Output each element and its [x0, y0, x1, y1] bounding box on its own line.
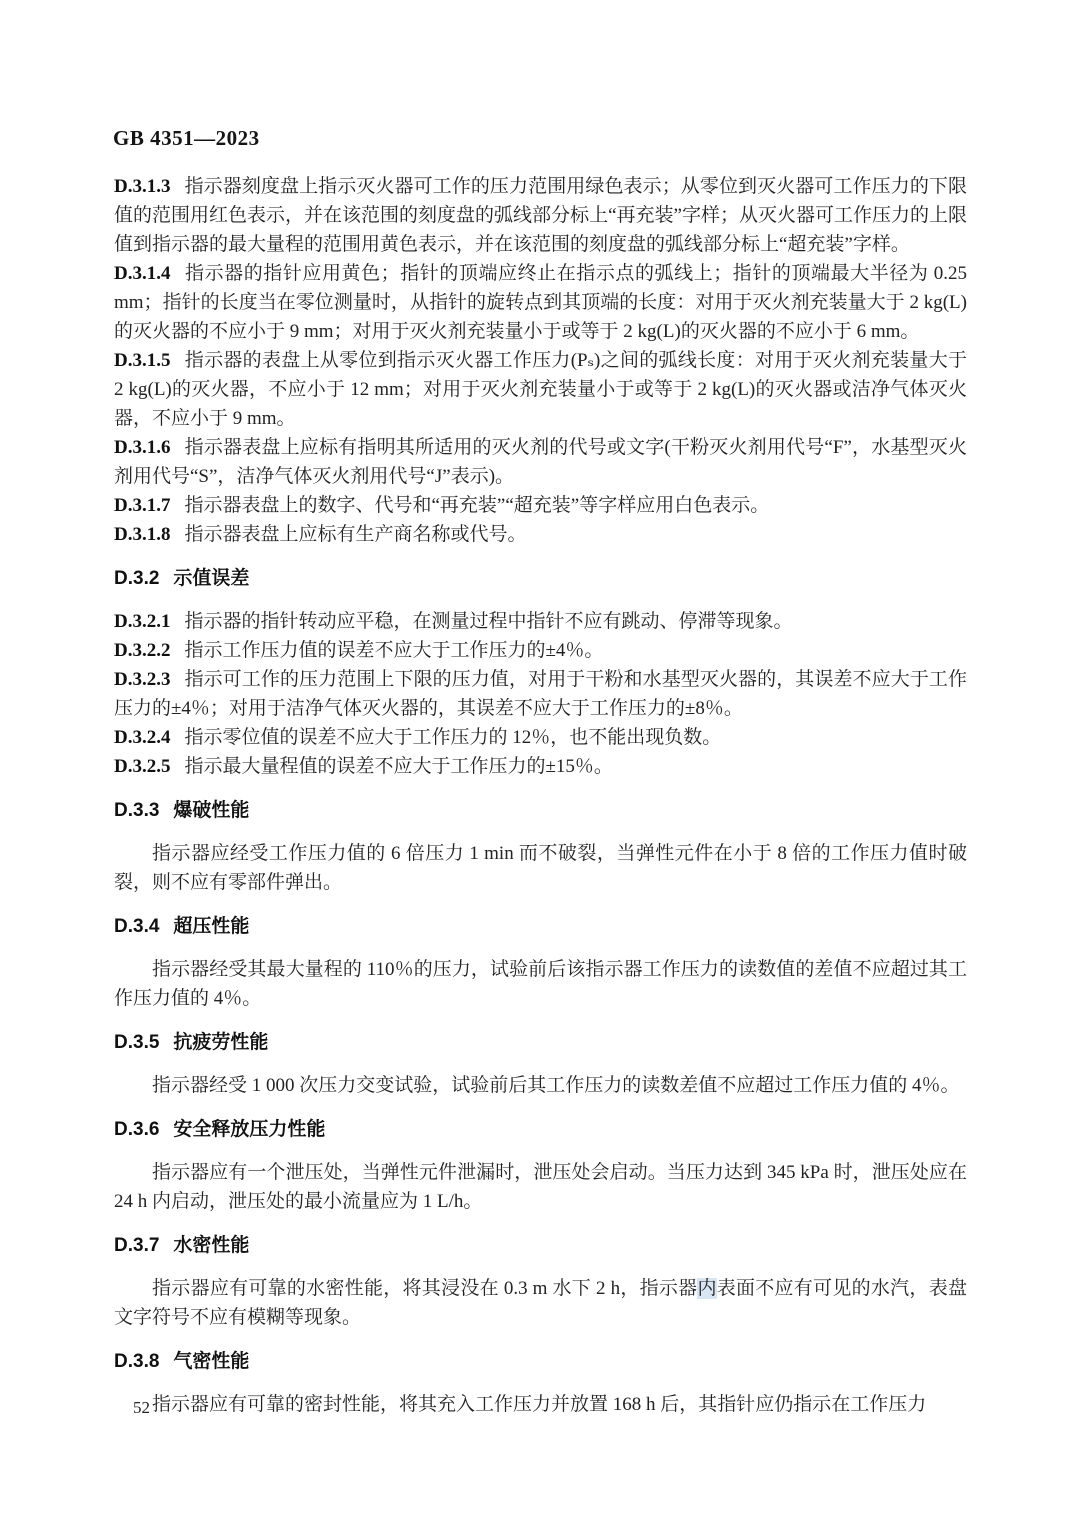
document-body: D.3.1.3指示器刻度盘上指示灭火器可工作的压力范围用绿色表示；从零位到灭火器…	[114, 172, 967, 1419]
standard-number-header: GB 4351—2023	[113, 126, 260, 151]
section-title: 示值误差	[173, 568, 249, 589]
paragraph-d37: 指示器应有可靠的水密性能，将其浸没在 0.3 m 水下 2 h，指示器内表面不应…	[114, 1274, 967, 1332]
section-heading-d38: D.3.8气密性能	[114, 1347, 967, 1376]
section-number: D.3.5	[114, 1032, 159, 1053]
paragraph-d36: 指示器应有一个泄压处，当弹性元件泄漏时，泄压处会启动。当压力达到 345 kPa…	[114, 1158, 967, 1216]
clause-number: D.3.2.3	[114, 669, 170, 690]
clause-d315: D.3.1.5指示器的表盘上从零位到指示灭火器工作压力(Pₛ)之间的弧线长度：对…	[114, 346, 967, 433]
clause-d321: D.3.2.1指示器的指针转动应平稳，在测量过程中指针不应有跳动、停滞等现象。	[114, 607, 967, 636]
paragraph-d38: 指示器应有可靠的密封性能，将其充入工作压力并放置 168 h 后，其指针应仍指示…	[114, 1390, 967, 1419]
clause-text: 指示最大量程值的误差不应大于工作压力的±15％。	[184, 756, 612, 777]
section-title: 气密性能	[173, 1351, 249, 1372]
section-number: D.3.7	[114, 1235, 159, 1256]
section-heading-d37: D.3.7水密性能	[114, 1231, 967, 1260]
clause-d316: D.3.1.6指示器表盘上应标有指明其所适用的灭火剂的代号或文字(干粉灭火剂用代…	[114, 433, 967, 491]
clause-number: D.3.1.6	[114, 437, 170, 458]
page-number: 52	[133, 1398, 150, 1418]
clause-text: 指示器的指针应用黄色；指针的顶端应终止在指示点的弧线上；指针的顶端最大半径为 0…	[114, 263, 967, 342]
section-number: D.3.4	[114, 916, 159, 937]
clause-d317: D.3.1.7指示器表盘上的数字、代号和“再充装”“超充装”等字样应用白色表示。	[114, 491, 967, 520]
clause-number: D.3.1.3	[114, 176, 170, 197]
document-page: GB 4351—2023 D.3.1.3指示器刻度盘上指示灭火器可工作的压力范围…	[0, 0, 1080, 1528]
section-heading-d35: D.3.5抗疲劳性能	[114, 1028, 967, 1057]
section-number: D.3.6	[114, 1119, 159, 1140]
clause-number: D.3.2.2	[114, 640, 170, 661]
section-number: D.3.2	[114, 568, 159, 589]
clause-d314: D.3.1.4指示器的指针应用黄色；指针的顶端应终止在指示点的弧线上；指针的顶端…	[114, 259, 967, 346]
clause-d313: D.3.1.3指示器刻度盘上指示灭火器可工作的压力范围用绿色表示；从零位到灭火器…	[114, 172, 967, 259]
clause-number: D.3.1.8	[114, 524, 170, 545]
clause-d322: D.3.2.2指示工作压力值的误差不应大于工作压力的±4％。	[114, 636, 967, 665]
paragraph-d33: 指示器应经受工作压力值的 6 倍压力 1 min 而不破裂，当弹性元件在小于 8…	[114, 839, 967, 897]
section-number: D.3.3	[114, 800, 159, 821]
paragraph-d35: 指示器经受 1 000 次压力交变试验，试验前后其工作压力的读数差值不应超过工作…	[114, 1071, 967, 1100]
clause-text: 指示器的表盘上从零位到指示灭火器工作压力(Pₛ)之间的弧线长度：对用于灭火剂充装…	[114, 350, 967, 429]
clause-text: 指示器表盘上应标有生产商名称或代号。	[184, 524, 526, 545]
clause-text: 指示可工作的压力范围上下限的压力值，对用于干粉和水基型灭火器的，其误差不应大于工…	[114, 669, 967, 719]
section-number: D.3.8	[114, 1351, 159, 1372]
paragraph-text: 指示器应有可靠的水密性能，将其浸没在 0.3 m 水下 2 h，指示器	[152, 1278, 697, 1299]
clause-number: D.3.1.7	[114, 495, 170, 516]
section-heading-d36: D.3.6安全释放压力性能	[114, 1115, 967, 1144]
section-heading-d34: D.3.4超压性能	[114, 912, 967, 941]
clause-text: 指示器表盘上应标有指明其所适用的灭火剂的代号或文字(干粉灭火剂用代号“F”，水基…	[114, 437, 967, 487]
clause-number: D.3.1.5	[114, 350, 170, 371]
clause-number: D.3.1.4	[114, 263, 170, 284]
clause-number: D.3.2.1	[114, 611, 170, 632]
clause-number: D.3.2.5	[114, 756, 170, 777]
section-title: 爆破性能	[173, 800, 249, 821]
section-heading-d33: D.3.3爆破性能	[114, 796, 967, 825]
clause-text: 指示零位值的误差不应大于工作压力的 12％，也不能出现负数。	[184, 727, 721, 748]
clause-d318: D.3.1.8指示器表盘上应标有生产商名称或代号。	[114, 520, 967, 549]
section-title: 安全释放压力性能	[173, 1119, 325, 1140]
clause-d325: D.3.2.5指示最大量程值的误差不应大于工作压力的±15％。	[114, 752, 967, 781]
clause-text: 指示器表盘上的数字、代号和“再充装”“超充装”等字样应用白色表示。	[184, 495, 769, 516]
clause-text: 指示器的指针转动应平稳，在测量过程中指针不应有跳动、停滞等现象。	[184, 611, 792, 632]
clause-d323: D.3.2.3指示可工作的压力范围上下限的压力值，对用于干粉和水基型灭火器的，其…	[114, 665, 967, 723]
clause-d324: D.3.2.4指示零位值的误差不应大于工作压力的 12％，也不能出现负数。	[114, 723, 967, 752]
clause-text: 指示器刻度盘上指示灭火器可工作的压力范围用绿色表示；从零位到灭火器可工作压力的下…	[114, 176, 967, 255]
section-title: 抗疲劳性能	[173, 1032, 268, 1053]
section-title: 水密性能	[173, 1235, 249, 1256]
paragraph-d34: 指示器经受其最大量程的 110％的压力，试验前后该指示器工作压力的读数值的差值不…	[114, 955, 967, 1013]
section-title: 超压性能	[173, 916, 249, 937]
section-heading-d32: D.3.2示值误差	[114, 564, 967, 593]
clause-number: D.3.2.4	[114, 727, 170, 748]
clause-text: 指示工作压力值的误差不应大于工作压力的±4％。	[184, 640, 603, 661]
highlighted-character: 内	[697, 1278, 716, 1299]
